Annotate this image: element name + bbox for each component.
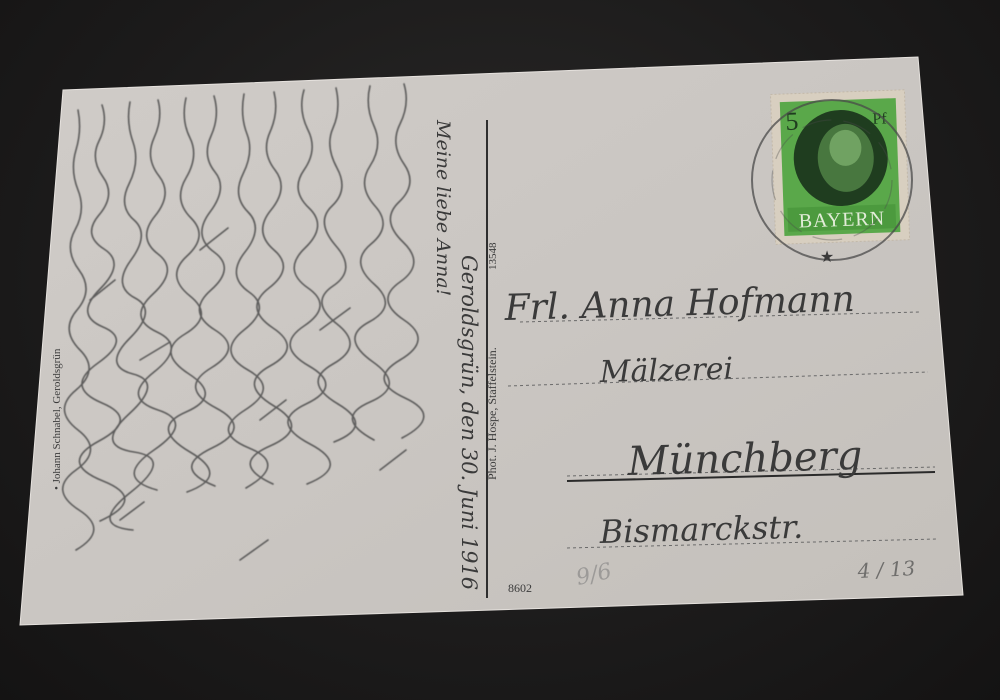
postage-stamp: 5 Pf BAYERN [770,90,909,245]
publisher-imprint: • Johann Schnabel, Geroldsgrün [51,348,63,490]
stamp-country: BAYERN [798,208,885,233]
address-line-street: Bismarckstr. [598,508,803,551]
message-greeting: Meine liebe Anna! [432,119,454,296]
message-place-date: Geroldsgrün, den 30. Juni 1916 [457,255,481,590]
postmark-star-icon: ★ [820,249,834,266]
photographer-credit: Phot. J. Hospe, Staffelstein. [485,347,499,480]
address-line-business: Mälzerei [598,352,733,391]
postcard-svg: Meine liebe Anna! Geroldsgrün, den 30. J… [0,0,1000,700]
postcard: Meine liebe Anna! Geroldsgrün, den 30. J… [0,0,1000,700]
card-number: 8602 [508,581,532,595]
series-number: 13548 [487,242,499,270]
pencil-note-right: 4 / 13 [856,556,916,583]
address-line-city: Münchberg [626,433,863,485]
